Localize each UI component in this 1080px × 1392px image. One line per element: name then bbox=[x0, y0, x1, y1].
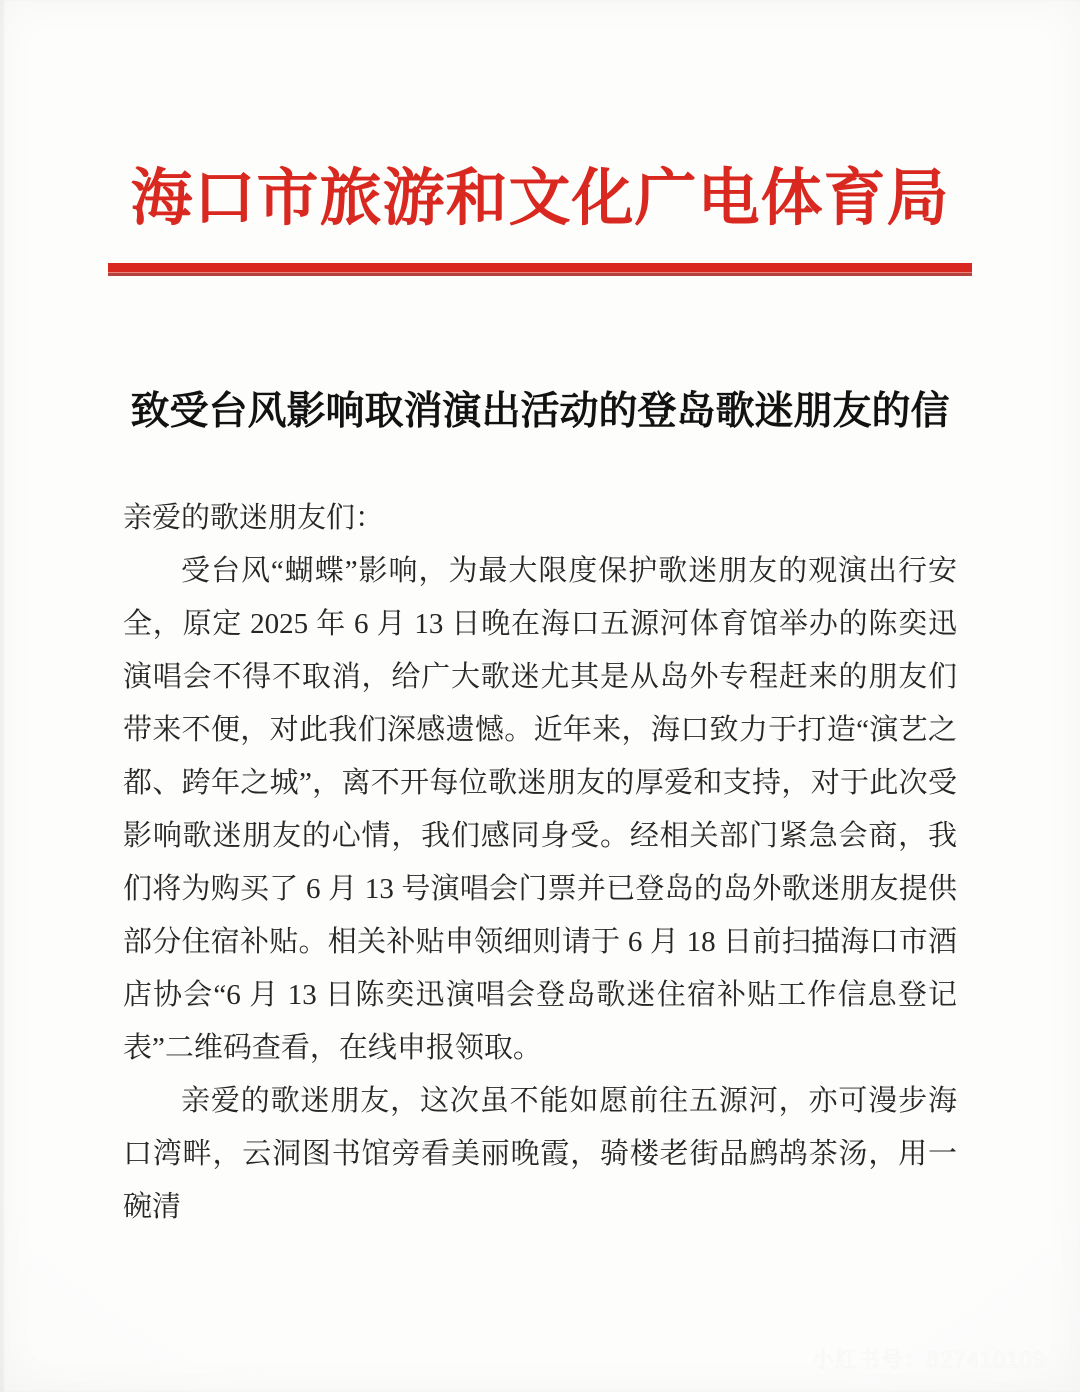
paragraph-closing: 亲爱的歌迷朋友，这次虽不能如愿前往五源河，亦可漫步海口湾畔，云洞图书馆旁看美丽晚… bbox=[123, 1075, 957, 1234]
watermark-xiaohongshu-id: 小红书号：827410109 bbox=[812, 1343, 1046, 1374]
paragraph-main: 受台风“蝴蝶”影响，为最大限度保护歌迷朋友的观演出行安全，原定 2025 年 6… bbox=[123, 545, 957, 1075]
letter-photo: 海口市旅游和文化广电体育局 致受台风影响取消演出活动的登岛歌迷朋友的信 亲爱的歌… bbox=[0, 0, 1080, 1392]
letterhead-divider-rule bbox=[108, 263, 972, 276]
salutation: 亲爱的歌迷朋友们： bbox=[123, 492, 957, 545]
letter-title: 致受台风影响取消演出活动的登岛歌迷朋友的信 bbox=[0, 380, 1080, 436]
letterhead-org-name: 海口市旅游和文化广电体育局 bbox=[0, 0, 1080, 237]
letter-body: 亲爱的歌迷朋友们： 受台风“蝴蝶”影响，为最大限度保护歌迷朋友的观演出行安全，原… bbox=[123, 492, 957, 1234]
